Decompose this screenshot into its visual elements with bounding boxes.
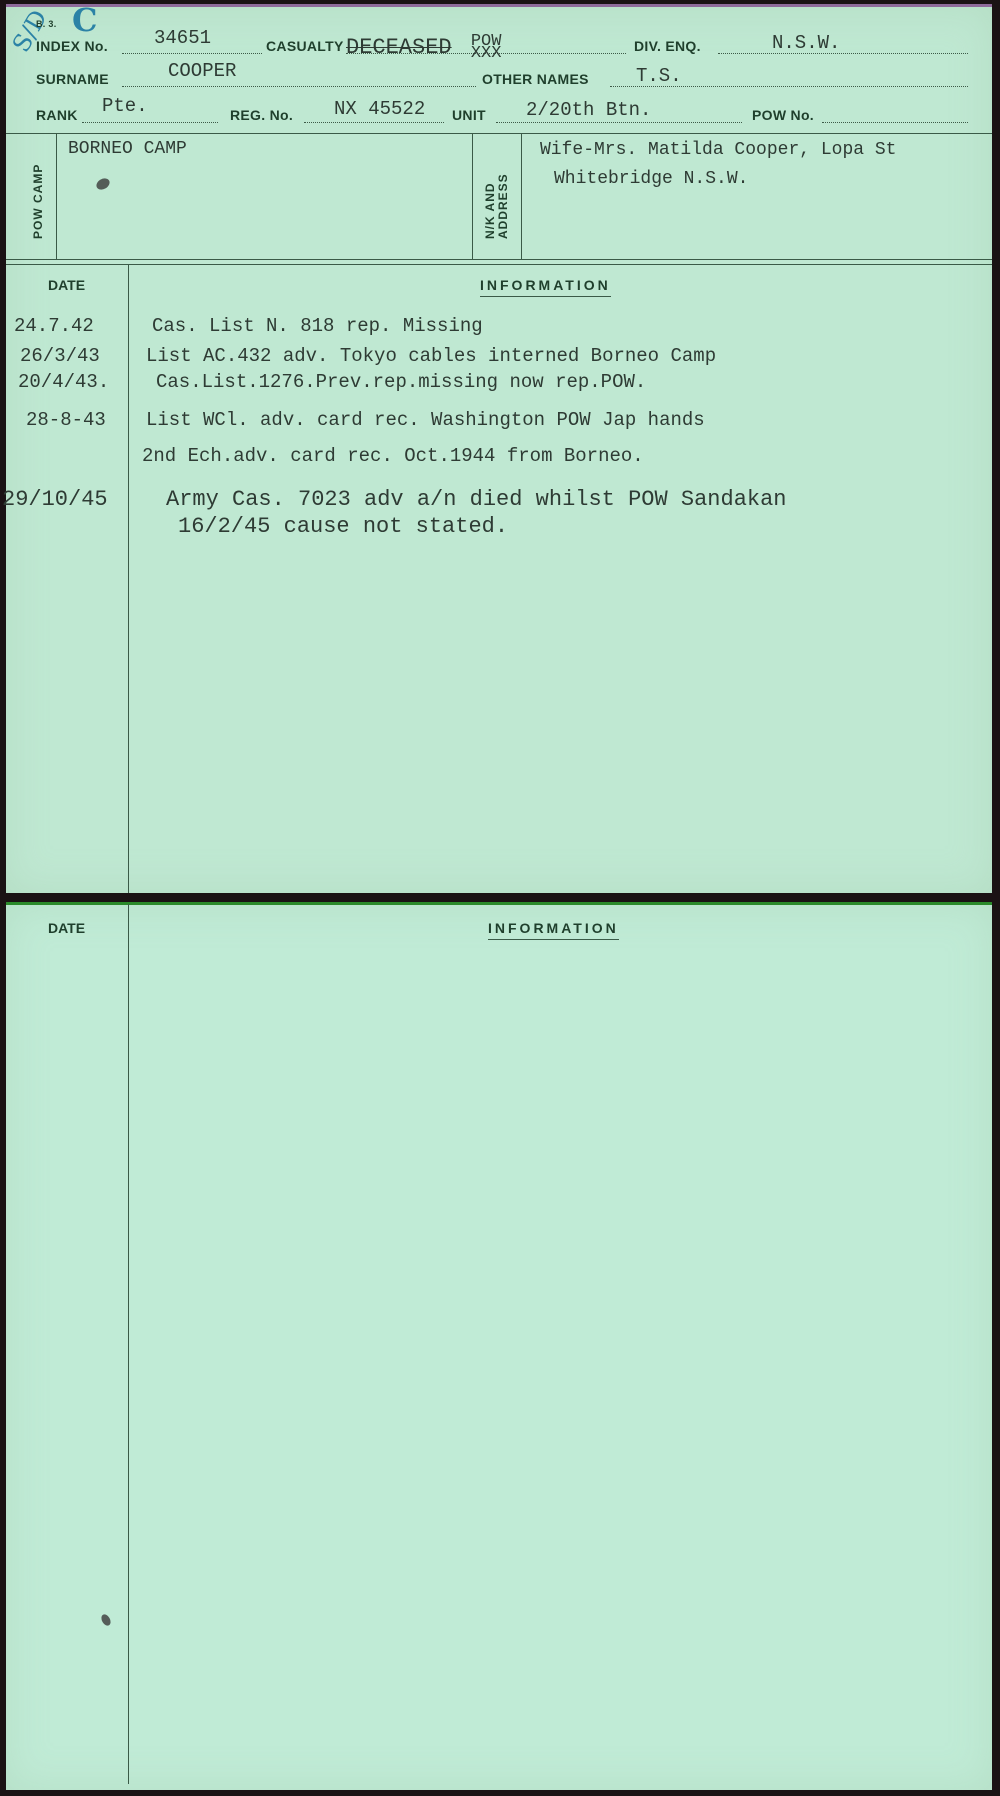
log-entry-date: 26/3/43 [20,345,100,367]
log-entry-info: 2nd Ech.adv. card rec. Oct.1944 from Bor… [142,445,644,467]
back-date-column-divider [128,904,129,1784]
pow-no-label: POW No. [752,107,814,123]
nok-label-line2: ADDRESS [497,173,510,239]
surname-label: SURNAME [36,71,109,87]
reg-no-label: REG. No. [230,107,293,123]
log-entry-date: 20/4/43. [18,371,109,393]
other-names-label: OTHER NAMES [482,71,589,87]
pow-camp-divider [56,133,57,259]
nok-line-1: Wife-Mrs. Matilda Cooper, Lopa St [540,140,896,160]
surname-value: COOPER [168,60,236,82]
form-code: B. 3. [36,19,57,29]
nok-line-2: Whitebridge N.S.W. [554,169,748,189]
log-entry-info: Cas. List N. 818 rep. Missing [152,315,483,337]
rank-value: Pte. [102,95,148,117]
div-enq-value: N.S.W. [772,32,840,54]
other-names-value: T.S. [636,65,682,87]
casualty-card-front: S/D C B. 3. INDEX No. 34651 CASUALTY DEC… [6,4,992,893]
div-enq-dots [718,53,968,54]
unit-label: UNIT [452,107,486,123]
surname-dots [122,86,476,87]
date-header: DATE [48,277,85,293]
back-ink-smudge [100,1613,113,1627]
pow-camp-value: BORNEO CAMP [68,139,187,159]
log-entry-info: 16/2/45 cause not stated. [178,514,508,539]
log-entry-info: Cas.List.1276.Prev.rep.missing now rep.P… [156,371,646,393]
pow-camp-label: POW CAMP [32,164,45,239]
pow-no-dots [822,122,968,123]
rank-label: RANK [36,107,78,123]
nok-label: N/K AND ADDRESS [484,173,510,239]
index-no-dots [122,53,262,54]
reg-no-value: NX 45522 [334,98,425,120]
ink-smudge [94,176,111,192]
nok-divider-right [521,133,522,259]
header-divider [6,133,992,134]
double-rule-bottom [6,264,992,265]
log-entry-date: 29/10/45 [2,487,108,512]
div-enq-label: DIV. ENQ. [634,38,701,54]
log-entry-info: List WCl. adv. card rec. Washington POW … [146,409,705,431]
casualty-card-back: DATE INFORMATION [6,904,992,1790]
index-no-label: INDEX No. [36,38,108,54]
casualty-value: DECEASED POW XXX [346,35,501,60]
log-entry-date: 24.7.42 [14,315,94,337]
log-entry-info: Army Cas. 7023 adv a/n died whilst POW S… [166,487,787,512]
double-rule-top [6,259,992,260]
reg-no-dots [304,122,444,123]
index-no-value: 34651 [154,27,211,49]
information-header: INFORMATION [480,277,611,297]
rank-dots [82,122,218,123]
unit-value: 2/20th Btn. [526,99,651,121]
log-entry-date: 28-8-43 [26,409,106,431]
nok-divider-left [472,133,473,259]
casualty-overtype: XXX [471,44,502,63]
date-column-divider [128,265,129,893]
back-top-rule [6,904,992,905]
casualty-deceased: DECEASED [346,35,452,60]
log-entry-info: List AC.432 adv. Tokyo cables interned B… [146,345,716,367]
back-information-header: INFORMATION [488,920,619,940]
back-date-header: DATE [48,920,85,936]
handwritten-c-mark: C [72,1,97,39]
casualty-label: CASUALTY [266,38,344,54]
unit-dots [496,122,742,123]
